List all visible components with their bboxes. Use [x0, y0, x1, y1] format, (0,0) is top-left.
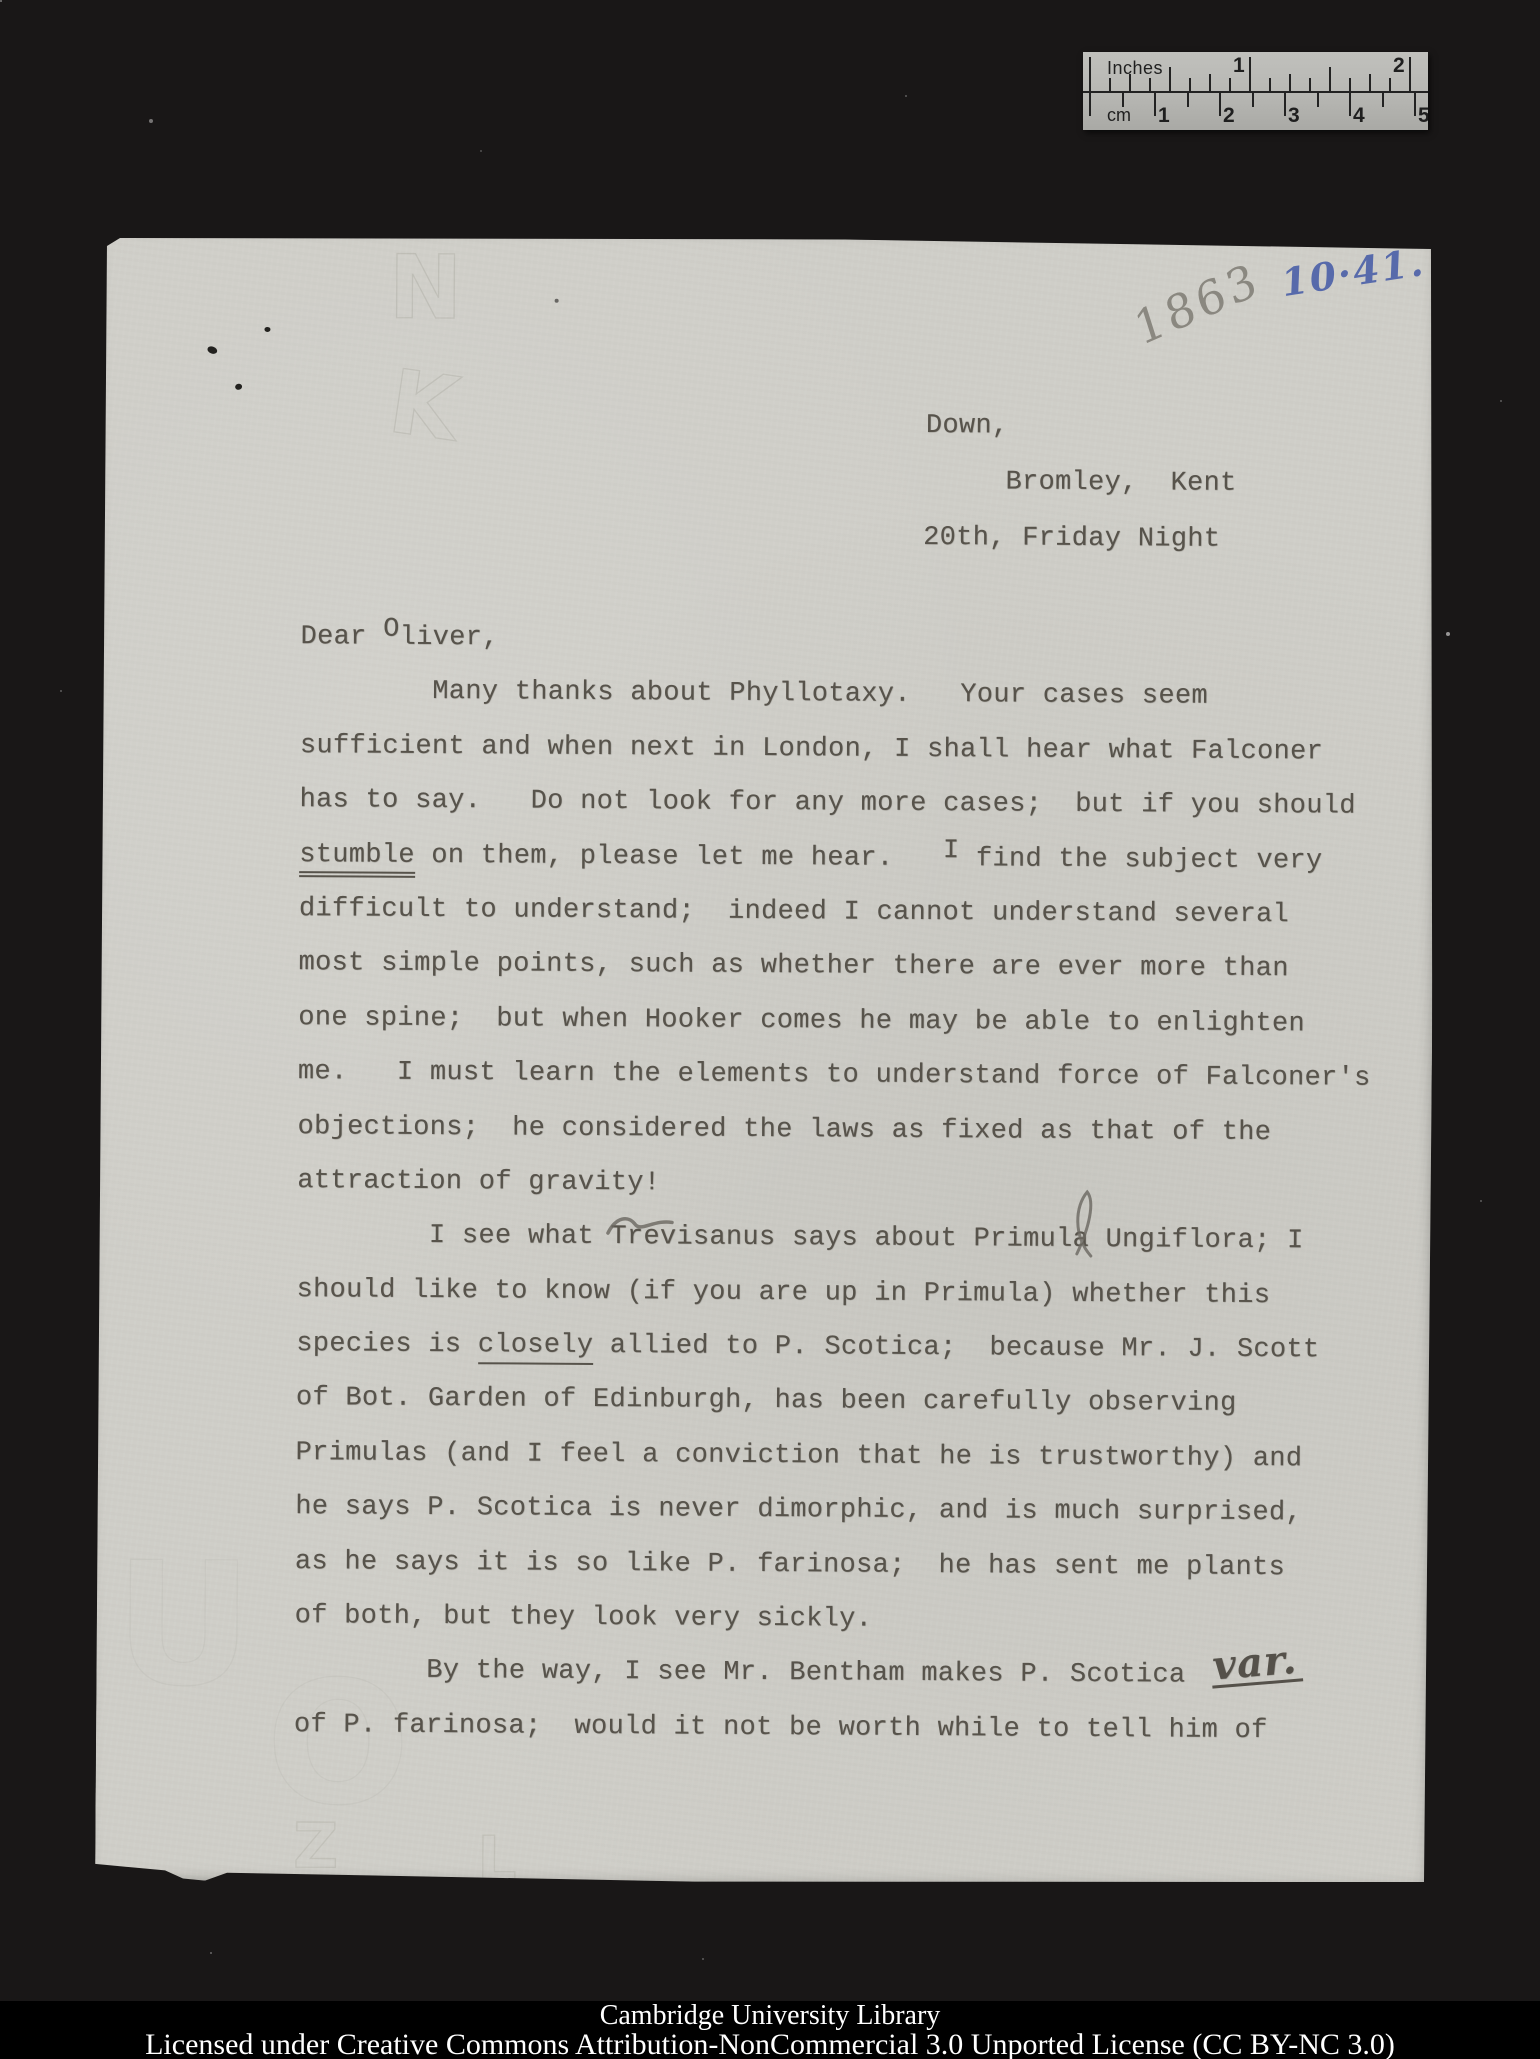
ruler-tick: [1309, 78, 1311, 91]
typed-line: me. I must learn the elements to underst…: [298, 1045, 1371, 1106]
paper-speck: [206, 345, 218, 355]
typed-line: objections; he considered the laws as fi…: [297, 1100, 1370, 1161]
pencil-correction-mark: [604, 1209, 676, 1241]
typed-line: sufficient and when next in London, I sh…: [300, 719, 1373, 780]
letter-paper: N K U O Z L 1863 10·41. Down,Bromley, Ke…: [95, 234, 1437, 1888]
ruler-tick: [1284, 93, 1286, 116]
paper-speck: [234, 383, 242, 391]
ruler-tick: [1252, 93, 1254, 107]
embossed-watermark-letter: K: [384, 357, 464, 454]
ruler-tick: [1109, 78, 1111, 91]
typed-line: as he says it is so like P. farinosa; he…: [295, 1535, 1368, 1596]
scale-ruler: Inches cm 1212345: [1083, 52, 1428, 130]
ruler-inch-number: 2: [1393, 54, 1405, 78]
ruler-inches-label: Inches: [1107, 58, 1163, 79]
ruler-tick: [1414, 93, 1416, 116]
heading-line: 20th, Friday Night: [923, 523, 1220, 555]
typed-line: Primulas (and I feel a conviction that h…: [295, 1426, 1368, 1487]
ruler-tick: [1317, 93, 1319, 107]
embossed-watermark-letter: U: [114, 1540, 253, 1711]
ruler-tick: [1349, 78, 1351, 91]
ruler-tick: [1289, 74, 1291, 91]
ruler-tick: [1209, 74, 1211, 91]
ruler-tick: [1189, 78, 1191, 91]
embossed-watermark-letter: N: [388, 244, 462, 332]
footer-institution: Cambridge University Library: [0, 2001, 1540, 2030]
ruler-tick: [1187, 93, 1189, 107]
pencil-year-annotation: 1863: [1128, 251, 1266, 356]
heading-line: Down,: [926, 411, 1009, 442]
paper-speck: [555, 299, 559, 303]
typed-line: of P. farinosa; would it not be worth wh…: [294, 1698, 1367, 1759]
typed-line: species is closely allied to P. Scotica;…: [296, 1317, 1369, 1378]
ruler-tick: [1129, 74, 1131, 91]
ruler-tick: [1219, 93, 1221, 116]
ruler-tick: [1122, 93, 1124, 107]
ruler-inch-number: 1: [1233, 54, 1245, 78]
blue-accession-annotation: 10·41.: [1278, 239, 1427, 305]
ruler-cm-number: 2: [1223, 104, 1235, 128]
typed-line: of both, but they look very sickly.: [294, 1589, 1367, 1650]
ruler-tick: [1169, 67, 1171, 91]
ruler-cm-number: 3: [1288, 104, 1300, 128]
pencil-correction-mark: [1067, 1188, 1101, 1262]
ruler-tick: [1369, 74, 1371, 91]
ruler-cm-number: 4: [1353, 104, 1365, 128]
typed-line: I see what Trevisanus says about Primula…: [297, 1208, 1370, 1269]
typed-line: stumble on them, please let me hear. I f…: [299, 828, 1372, 889]
ruler-tick: [1382, 93, 1384, 107]
ruler-cm-number: 5: [1418, 104, 1428, 128]
ruler-tick: [1229, 78, 1231, 91]
letter-body: Dear Oliver,Many thanks about Phyllotaxy…: [294, 610, 1374, 1759]
background-dust-specks: [0, 0, 2, 2]
ruler-divider-line: [1083, 91, 1428, 93]
ruler-cm-label: cm: [1107, 105, 1131, 126]
heading-line: Bromley, Kent: [1005, 467, 1236, 498]
typed-line: he says P. Scotica is never dimorphic, a…: [295, 1480, 1368, 1541]
ruler-tick: [1329, 67, 1331, 91]
typed-line: Dear Oliver,: [300, 610, 1373, 671]
typed-line: difficult to understand; indeed I cannot…: [299, 882, 1372, 943]
embossed-watermark-letter: Z: [293, 1815, 338, 1877]
embossed-watermark-letter: L: [477, 1828, 517, 1890]
typed-line: By the way, I see Mr. Bentham makes P. S…: [294, 1644, 1367, 1705]
typed-line: most simple points, such as whether ther…: [298, 936, 1371, 997]
scanned-letter-viewer: { "colors": { "background": "#191717", "…: [0, 0, 1540, 2059]
ruler-tick: [1154, 93, 1156, 116]
typed-line: of Bot. Garden of Edinburgh, has been ca…: [296, 1372, 1369, 1433]
typed-line: one spine; but when Hooker comes he may …: [298, 991, 1371, 1052]
ruler-tick: [1269, 78, 1271, 91]
ruler-tick: [1089, 93, 1091, 116]
ruler-tick: [1249, 57, 1251, 91]
ruler-tick: [1409, 57, 1411, 91]
footer-caption: Cambridge University Library Licensed un…: [0, 2001, 1540, 2059]
footer-license: Licensed under Creative Commons Attribut…: [0, 2030, 1540, 2059]
ruler-cm-number: 1: [1158, 104, 1170, 128]
typed-line: should like to know (if you are up in Pr…: [296, 1263, 1369, 1324]
handwritten-var-annotation: var.: [1209, 1643, 1302, 1689]
paper-speck: [264, 327, 270, 332]
letter-heading: Down,Bromley, Kent20th, Friday Night: [105, 234, 1437, 242]
typed-line: Many thanks about Phyllotaxy. Your cases…: [300, 665, 1373, 726]
ruler-tick: [1149, 78, 1151, 91]
ruler-tick: [1349, 93, 1351, 116]
ruler-tick: [1089, 57, 1091, 91]
ruler-tick: [1389, 78, 1391, 91]
typed-line: attraction of gravity!: [297, 1154, 1370, 1215]
typed-line: has to say. Do not look for any more cas…: [299, 773, 1372, 834]
